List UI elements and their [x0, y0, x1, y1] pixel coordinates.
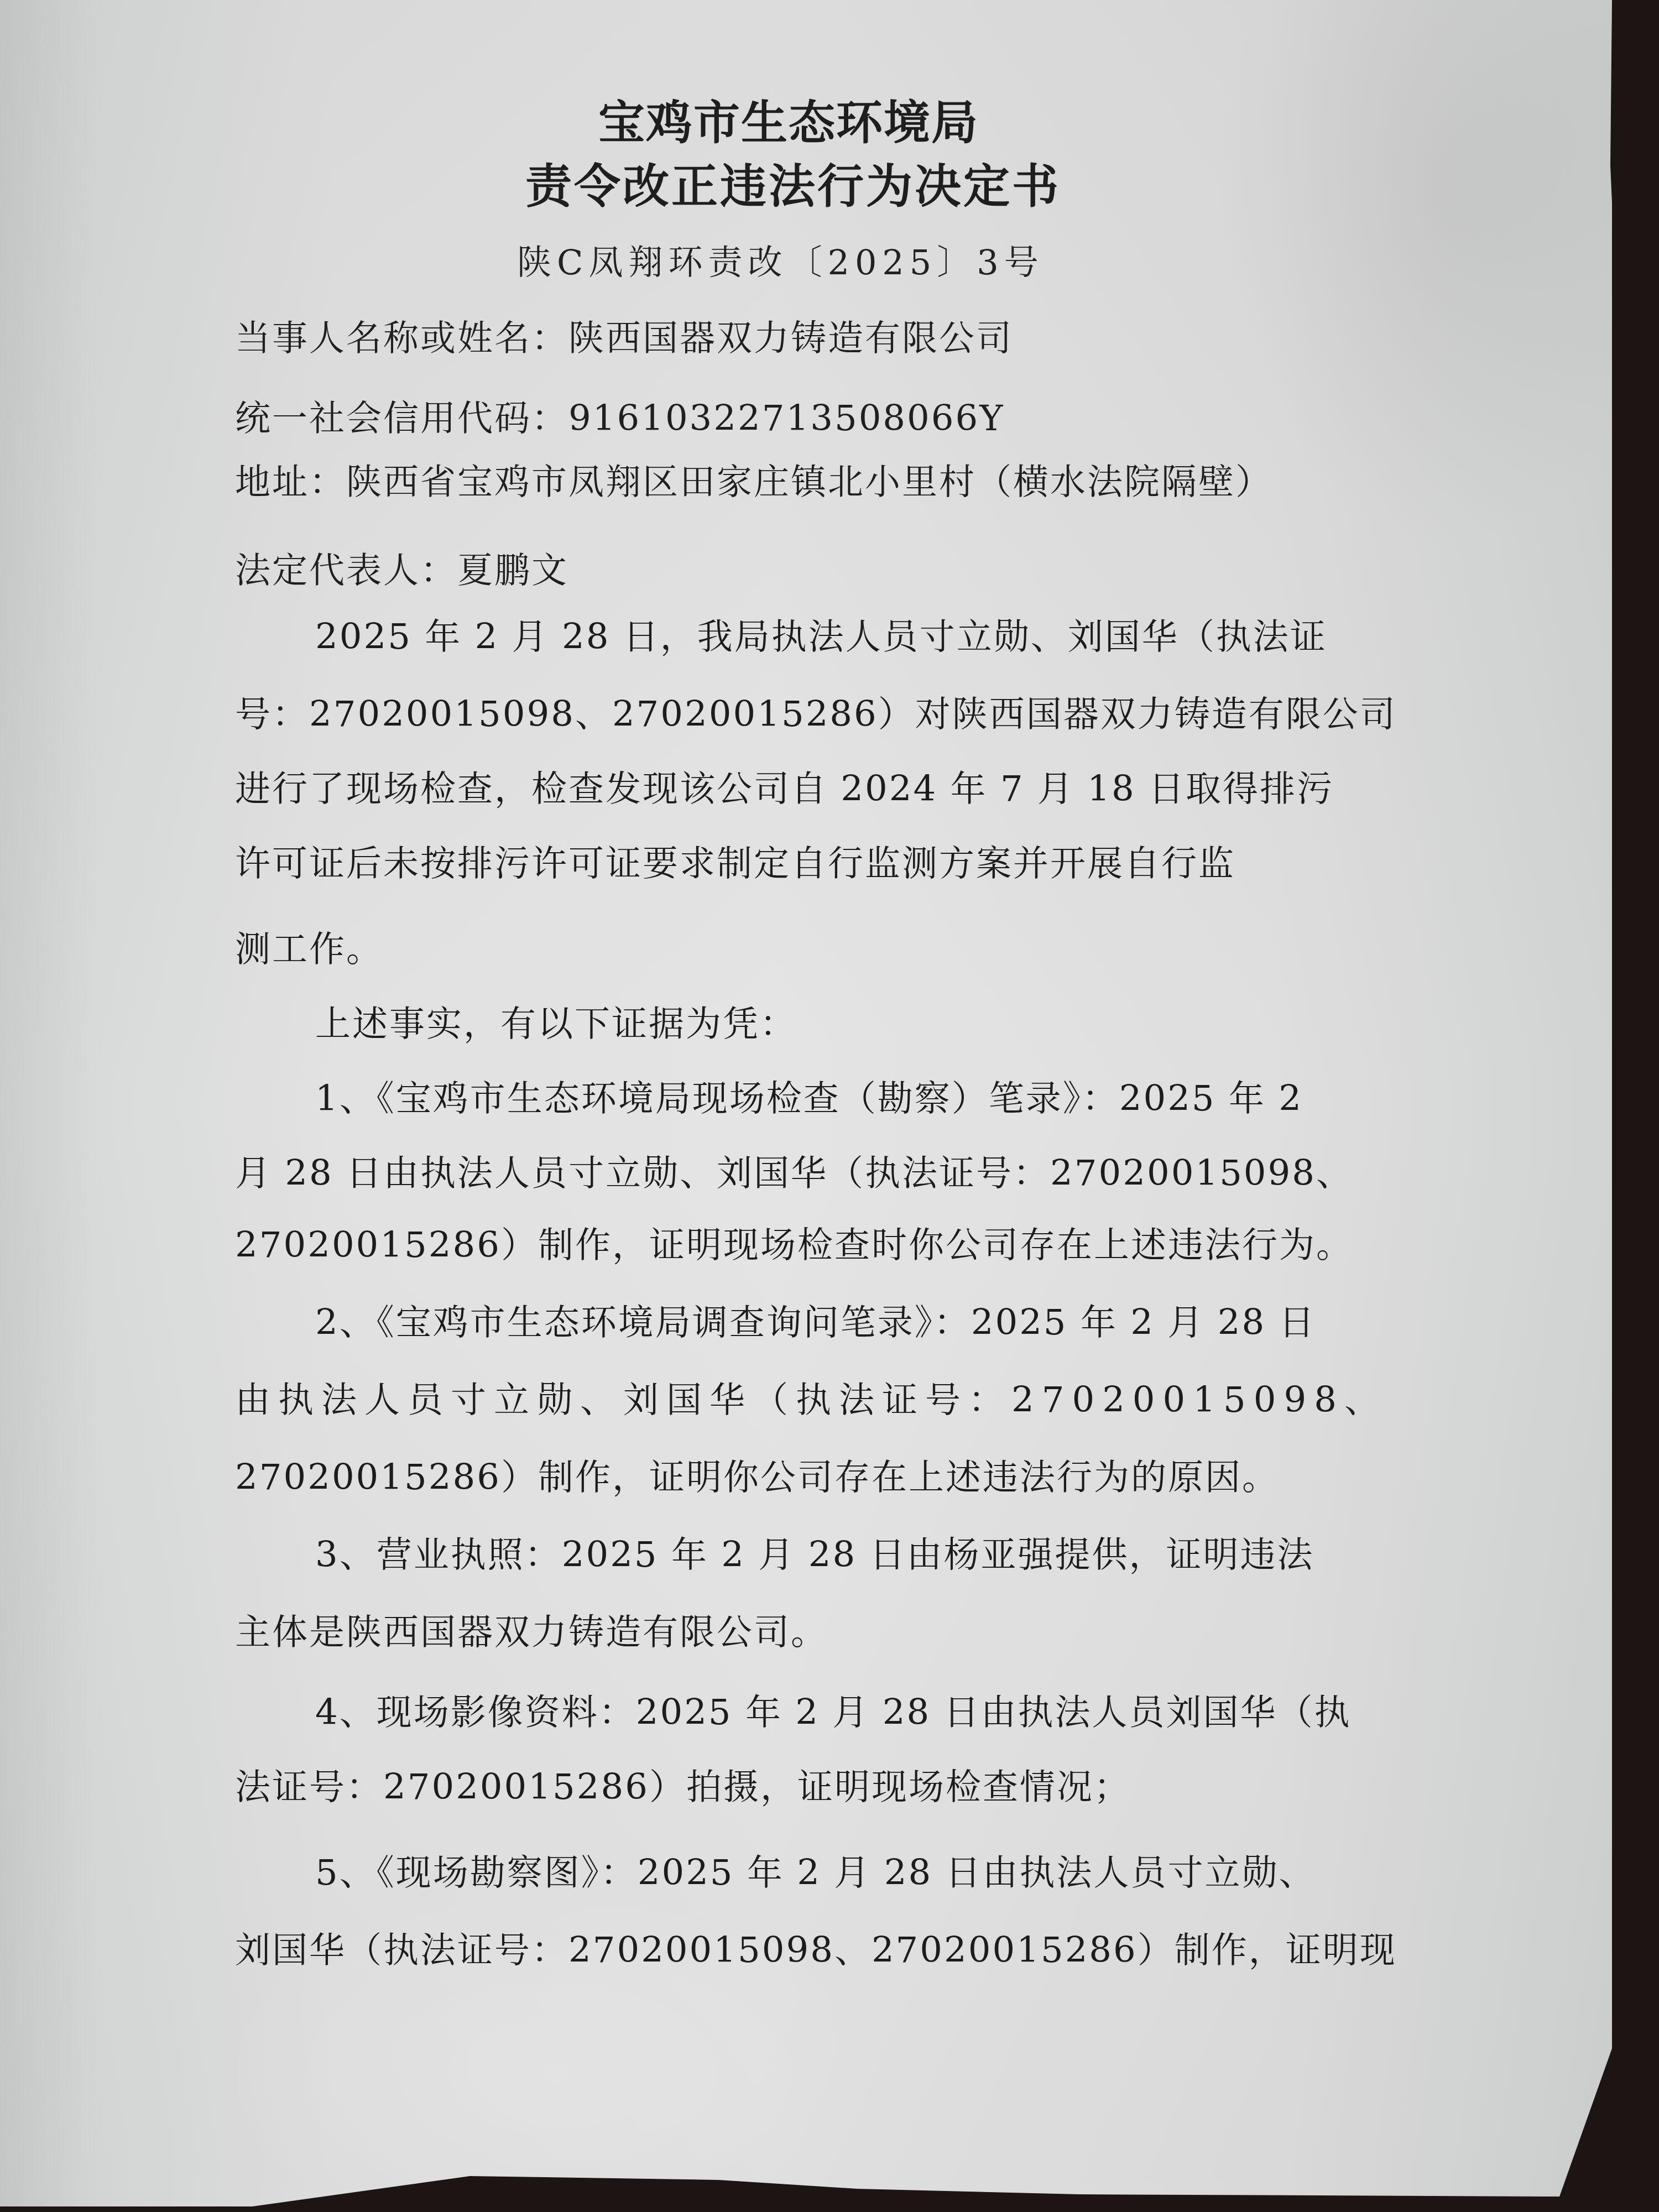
evidence-item-1-line: 27020015286）制作，证明现场检查时你公司存在上述违法行为。 [235, 1217, 1353, 1267]
evidence-item-5-line: 刘国华（执法证号：27020015098、27020015286）制作，证明现 [235, 1922, 1397, 1973]
evidence-item-1-line: 月 28 日由执法人员寸立勋、刘国华（执法证号：27020015098、 [235, 1145, 1353, 1196]
evidence-item-5-line: 5、《现场勘察图》：2025 年 2 月 28 日由执法人员寸立勋、 [315, 1844, 1316, 1895]
facts-line: 2025 年 2 月 28 日，我局执法人员寸立勋、刘国华（执法证 [315, 608, 1327, 659]
evidence-item-1-line: 1、《宝鸡市生态环境局现场检查（勘察）笔录》：2025 年 2 [315, 1070, 1303, 1121]
party-name-value: 陕西国器双力铸造有限公司 [568, 318, 1013, 359]
evidence-item-4-line: 法证号：27020015286）拍摄，证明现场检查情况； [235, 1759, 1131, 1809]
evidence-item-2-line: 由执法人员寸立勋、刘国华（执法证号：27020015098、 [235, 1371, 1387, 1422]
address-row: 地址：陕西省宝鸡市凤翔区田家庄镇北小里村（横水法院隔壁） [235, 453, 1272, 504]
facts-line: 进行了现场检查，检查发现该公司自 2024 年 7 月 18 日取得排污 [235, 760, 1334, 811]
evidence-item-3-line: 主体是陕西国器双力铸造有限公司。 [235, 1604, 828, 1655]
party-name-label: 当事人名称或姓名： [235, 318, 568, 359]
document-title: 责令改正违法行为决定书 [525, 149, 1061, 216]
facts-line: 许可证后未按排污许可证要求制定自行监测方案并开展自行监 [235, 835, 1235, 886]
legal-representative-label: 法定代表人： [235, 550, 457, 591]
facts-line: 测工作。 [235, 921, 383, 972]
address-value: 陕西省宝鸡市凤翔区田家庄镇北小里村（横水法院隔壁） [346, 462, 1272, 503]
facts-line: 号：27020015098、27020015286）对陕西国器双力铸造有限公司 [235, 686, 1397, 737]
credit-code-row: 统一社会信用代码：91610322713508066Y [235, 390, 1004, 441]
decision-document: 宝鸡市生态环境局 责令改正违法行为决定书 陕C凤翔环责改〔2025〕3号 当事人… [0, 0, 1659, 2212]
legal-representative-row: 法定代表人：夏鹏文 [235, 542, 568, 593]
evidence-item-2-line: 27020015286）制作，证明你公司存在上述违法行为的原因。 [235, 1449, 1279, 1500]
credit-code-value: 91610322713508066Y [568, 398, 1004, 439]
party-name-row: 当事人名称或姓名：陕西国器双力铸造有限公司 [235, 310, 1013, 361]
document-number: 陕C凤翔环责改〔2025〕3号 [517, 235, 1044, 284]
address-label: 地址： [235, 462, 346, 503]
credit-code-label: 统一社会信用代码： [235, 398, 568, 439]
evidence-item-2-line: 2、《宝鸡市生态环境局调查询问笔录》：2025 年 2 月 28 日 [315, 1294, 1316, 1345]
evidence-item-4-line: 4、现场影像资料：2025 年 2 月 28 日由执法人员刘国华（执 [315, 1684, 1351, 1735]
issuer-heading: 宝鸡市生态环境局 [598, 86, 979, 153]
evidence-item-3-line: 3、营业执照：2025 年 2 月 28 日由杨亚强提供，证明违法 [315, 1526, 1314, 1577]
legal-representative-value: 夏鹏文 [457, 550, 568, 591]
evidence-intro: 上述事实，有以下证据为凭： [315, 995, 797, 1046]
